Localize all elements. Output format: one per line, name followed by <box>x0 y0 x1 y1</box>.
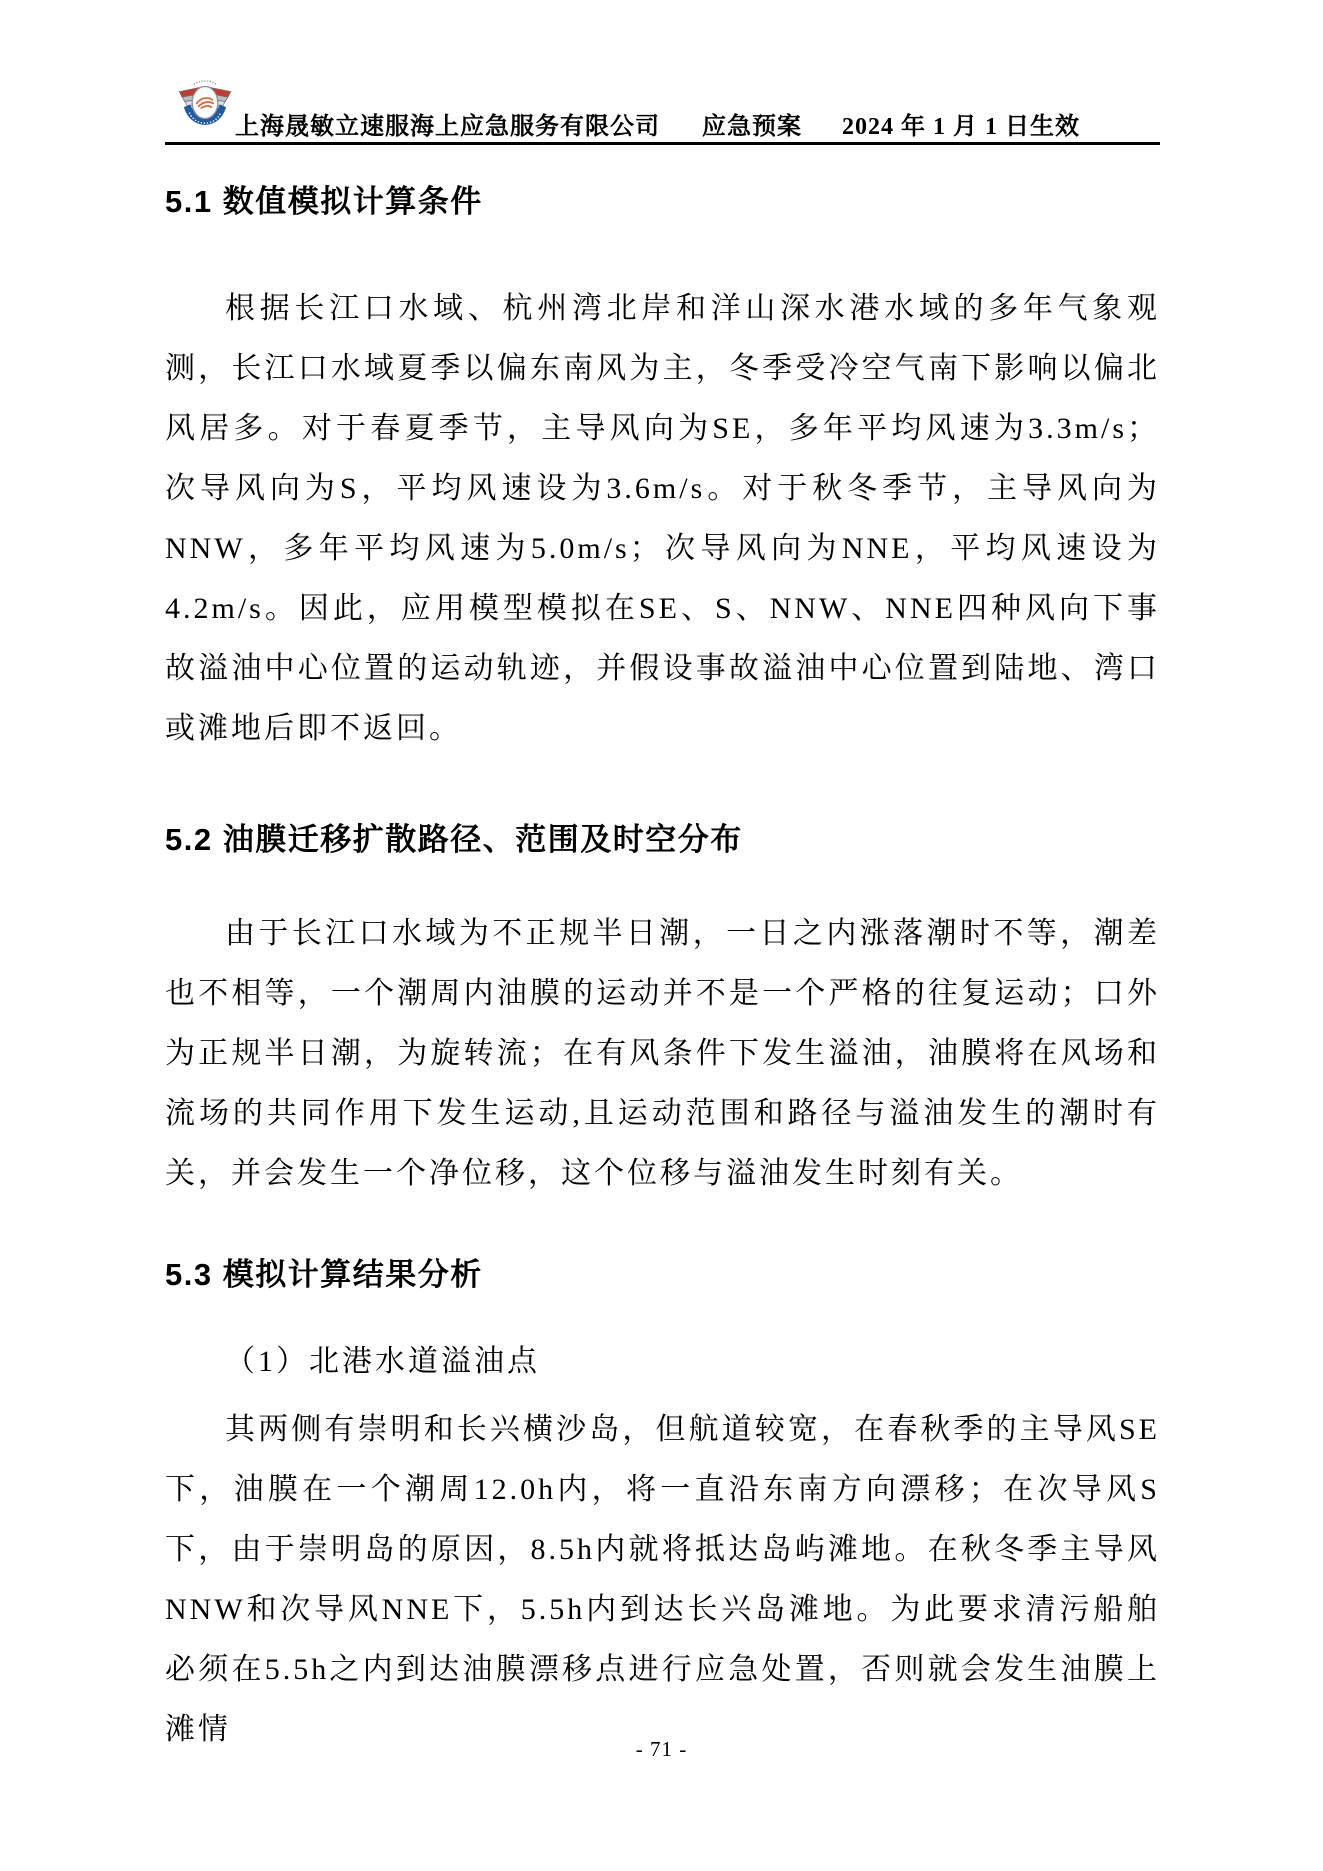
section-title-5-3: 5.3 模拟计算结果分析 <box>165 1256 1160 1294</box>
header-text: 上海晟敏立速服海上应急服务有限公司应急预案2024 年 1 月 1 日生效 <box>233 114 1080 142</box>
document-type: 应急预案 <box>702 114 802 140</box>
page-number: - 71 - <box>636 1737 688 1761</box>
section-5-1-paragraph: 根据长江口水域、杭州湾北岸和洋山深水港水域的多年气象观测，长江口水域夏季以偏东南… <box>165 279 1160 759</box>
page-header: 上海晟敏立速服海上应急服务有限公司应急预案2024 年 1 月 1 日生效 <box>165 75 1160 145</box>
logo-arc-text-marks <box>194 81 216 84</box>
effective-date: 2024 年 1 月 1 日生效 <box>842 114 1080 140</box>
section-5-2-paragraph: 由于长江口水域为不正规半日潮，一日之内涨落潮时不等，潮差也不相等，一个潮周内油膜… <box>165 904 1160 1204</box>
company-logo-icon <box>177 76 233 142</box>
section-title-5-1: 5.1 数值模拟计算条件 <box>165 183 1160 221</box>
header-divider <box>165 142 1160 145</box>
logo-center-oval <box>192 87 218 119</box>
company-name: 上海晟敏立速服海上应急服务有限公司 <box>235 114 660 140</box>
page-footer: - 71 - <box>0 1737 1323 1762</box>
header-row: 上海晟敏立速服海上应急服务有限公司应急预案2024 年 1 月 1 日生效 <box>165 75 1160 142</box>
section-5-3-paragraph: 其两侧有崇明和长兴横沙岛，但航道较宽，在春秋季的主导风SE下，油膜在一个潮周12… <box>165 1400 1160 1760</box>
document-page: 上海晟敏立速服海上应急服务有限公司应急预案2024 年 1 月 1 日生效 5.… <box>0 0 1323 1871</box>
section-title-5-2: 5.2 油膜迁移扩散路径、范围及时空分布 <box>165 821 1160 859</box>
section-5-3-subitem: （1）北港水道溢油点 <box>165 1339 1160 1385</box>
